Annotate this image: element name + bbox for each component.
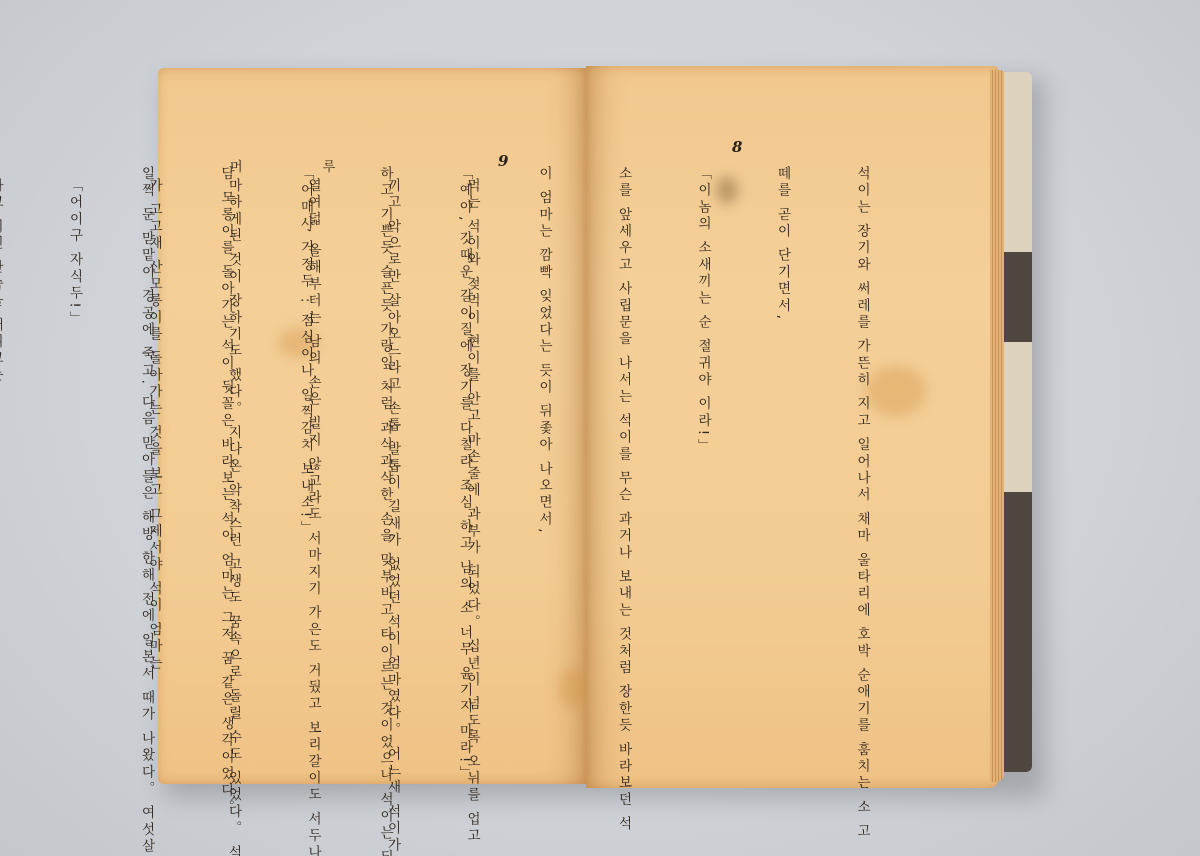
page-number: 8 — [732, 138, 742, 156]
book-cover-edge — [1004, 72, 1032, 772]
right-page: 8 석이는 장기와 써레를 가뜬히 지고 일어나서 채마 울타리에 호박 순애기… — [586, 66, 998, 788]
text-column: 일찍 둔 맏맡이 경공에 죽고. 다음 맏아들은 해방 한해 전에 일본서 때가… — [133, 166, 160, 746]
text-column: 담 모롱이를 돌아가는 석이 뒷꼴은 바라보는 석이 엄마는 그저 꿈 같은 생… — [213, 166, 240, 746]
cover-pattern — [1004, 492, 1032, 772]
text-column: 「예야, 갓때운 갈이질에 장기를 다칠라 조심 하고 남의 소 너무 윤기지 … — [451, 166, 478, 746]
page-edges — [990, 70, 1004, 782]
text-column: 「어매사 거정두 : 점심이나 일찍감치 보내소!」 — [292, 166, 319, 746]
text-column: 소를 앞세우고 사립문을 나서는 석이를 무슨 과거나 보내는 것처럼 장한듯 … — [610, 166, 637, 746]
right-page-text: 석이는 장기와 써레를 가뜬히 지고 일어나서 채마 울타리에 호박 순애기를 … — [80, 166, 928, 746]
text-column: 「이놈의 소새끼는 순 절귀야 이라!」 — [690, 166, 717, 746]
text-column: 떼를 곧이 단기면서, — [769, 166, 796, 746]
text-column: 하고 기인 한숨을 내쉬고는 — [0, 178, 8, 738]
text-column: 석이는 장기와 써레를 가뜬히 지고 일어나서 채마 울타리에 호박 순애기를 … — [849, 166, 876, 746]
cover-pattern — [1004, 252, 1032, 342]
text-column: 하고 기쁜듯 슬픈듯 가랑잎 처럼 과삭과삭한 손을 맞부비고 타이르는 것이었… — [372, 166, 399, 746]
text-column: 이 엄마는 깜빡 잊었다는 듯이 뒤좇아 나오면서, — [531, 166, 558, 746]
